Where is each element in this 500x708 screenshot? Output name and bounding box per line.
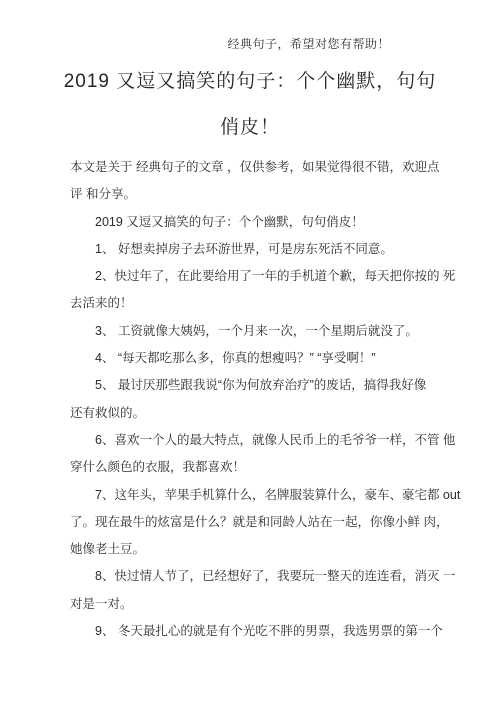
text-line: 2019 又逗又搞笑的句子：个个幽默，句句俏皮！: [70, 209, 432, 236]
text-line: 还有救似的。: [70, 400, 432, 427]
text-line: 她像老土豆。: [70, 536, 432, 563]
page-title: 2019 又逗又搞笑的句子：个个幽默，句句 俏皮！: [0, 59, 500, 151]
text-line: 9、 冬天最扎心的就是有个光吃不胖的男票，我选男票的第一个: [70, 618, 432, 645]
text-line: 1、 好想卖掉房子去环游世界，可是房东死活不同意。: [70, 236, 432, 263]
text-line: 本文是关于 经典句子的文章 ，仅供参考，如果觉得很不错，欢迎点: [70, 154, 432, 181]
document-body: 本文是关于 经典句子的文章 ，仅供参考，如果觉得很不错，欢迎点 评 和分享。 2…: [0, 154, 500, 645]
text-line: 评 和分享。: [70, 181, 432, 208]
text-line: 5、 最讨厌那些跟我说“你为何放弃治疗”的废话，搞得我好像: [70, 372, 432, 399]
page-title-line-1: 2019 又逗又搞笑的句子：个个幽默，句句: [0, 59, 500, 105]
document-page: 经典句子，希望对您有帮助！ 2019 又逗又搞笑的句子：个个幽默，句句 俏皮！ …: [0, 0, 500, 708]
text-line: 4、 “每天都吃那么多，你真的想瘦吗？” “享受啊！”: [70, 345, 432, 372]
header-note: 经典句子，希望对您有帮助！: [0, 36, 500, 52]
text-line: 对是一对。: [70, 591, 432, 618]
text-line: 去活来的！: [70, 290, 432, 317]
text-line: 2、快过年了，在此要给用了一年的手机道个歉，每天把你按的 死: [70, 263, 432, 290]
text-line: 3、 工资就像大姨妈，一个月来一次，一个星期后就没了。: [70, 318, 432, 345]
text-line: 6、喜欢一个人的最大特点，就像人民币上的毛爷爷一样，不管 他: [70, 427, 432, 454]
text-line: 8、快过情人节了，已经想好了，我要玩一整天的连连看，消灭 一: [70, 563, 432, 590]
text-line: 了。现在最牛的炫富是什么？就是和同龄人站在一起，你像小鲜 肉，: [70, 509, 432, 536]
page-title-line-2: 俏皮！: [0, 105, 500, 151]
text-line: 穿什么颜色的衣服，我都喜欢！: [70, 454, 432, 481]
text-line: 7、这年头，苹果手机算什么，名牌服装算什么，豪车、豪宅都 out: [70, 482, 432, 509]
